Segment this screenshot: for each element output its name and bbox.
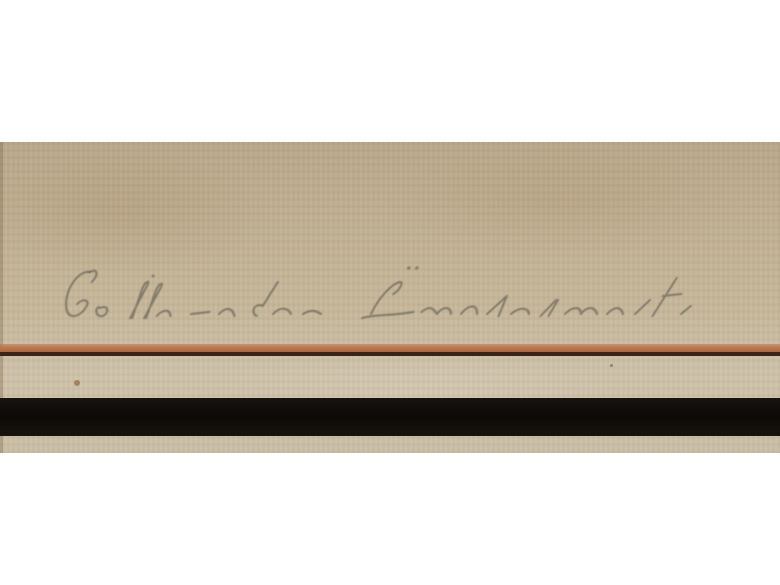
paper-stain [74,380,80,386]
black-border-band [0,398,780,436]
image-canvas [0,0,780,585]
dark-ruled-line [0,352,780,356]
paper-fragment [0,142,780,453]
pencil-handwriting [35,260,772,340]
paper-stain [610,364,613,367]
handwriting-strokes [35,260,772,340]
